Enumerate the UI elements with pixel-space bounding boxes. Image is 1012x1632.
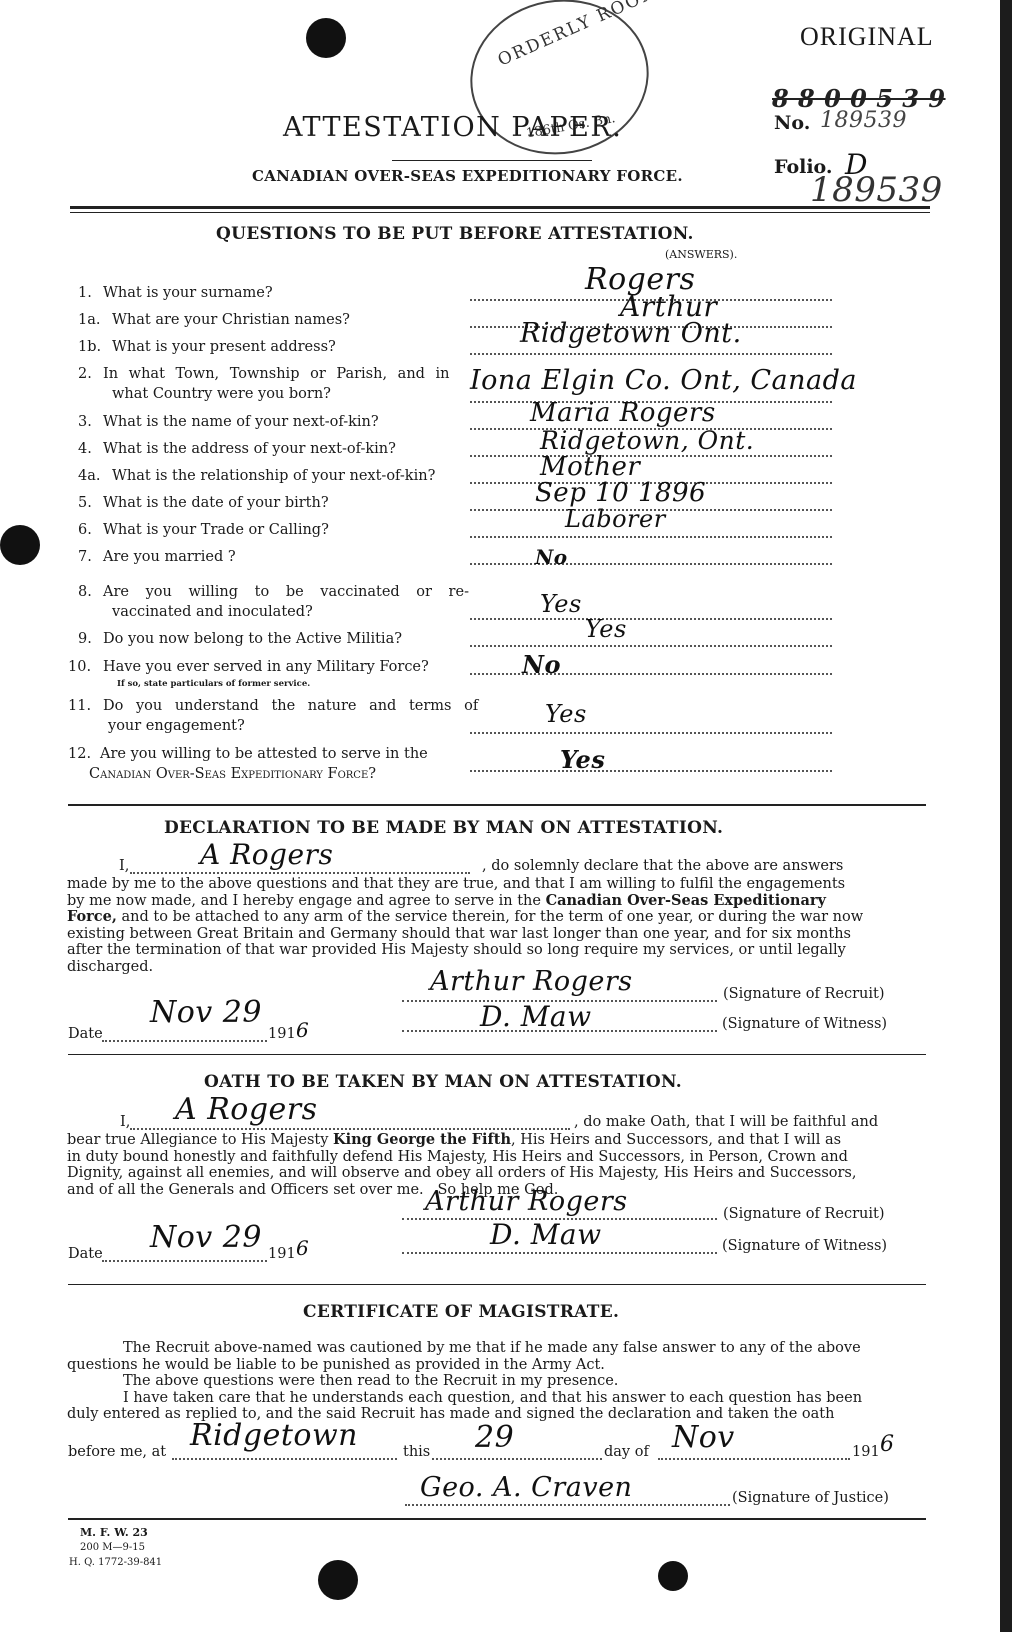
orderly-room-stamp: ORDERLY ROOM 186th Os. Bn. [458,0,661,168]
justice-signature[interactable]: Geo. A. Craven [420,1472,632,1503]
year-prefix: 191 [852,1444,880,1460]
certificate-line: The above questions were then read to th… [67,1373,927,1390]
folio-number: 189539 [810,170,943,210]
oath-recruit-signature[interactable]: Arthur Rogers [425,1186,628,1217]
place-line [172,1458,397,1460]
certificate-month[interactable]: Nov [672,1420,735,1455]
date-line [102,1040,267,1042]
certificate-line: I have taken care that he understands ea… [67,1390,927,1407]
question-text-cont: your engagement? [108,718,245,734]
year-prefix: 191 [268,1246,296,1262]
certificate-body: The Recruit above-named was cautioned by… [67,1340,927,1423]
question-text: What is the relationship of your next-of… [112,468,435,484]
oath-line: bear true Allegiance to His Majesty King… [67,1132,927,1149]
print-run: 200 M—9-15 [80,1542,145,1553]
month-line [658,1458,850,1460]
answer-line [470,353,832,355]
answer-line [470,645,832,647]
answer-vaccinated[interactable]: Yes [540,590,582,618]
year-suffix[interactable]: 6 [296,1018,309,1042]
questions-heading: QUESTIONS TO BE PUT BEFORE ATTESTATION. [216,224,694,244]
question-number: 6. [78,522,92,538]
question-text: What is the name of your next-of-kin? [103,414,379,430]
recruit-signature-label: (Signature of Recruit) [723,1206,885,1222]
date-line [102,1260,267,1262]
oath-date[interactable]: Nov 29 [150,1220,262,1255]
justice-signature-label: (Signature of Justice) [732,1490,889,1506]
number-label: No. [774,112,810,134]
day-of-label: day of [604,1444,649,1460]
answer-line [470,536,832,538]
document-subtitle: CANADIAN OVER-SEAS EXPEDITIONARY FORCE. [252,167,683,185]
header-double-rule [70,206,930,209]
declaration-i-label: I, [119,858,129,874]
certificate-place[interactable]: Ridgetown [190,1418,358,1453]
oath-heading: OATH TO BE TAKEN BY MAN ON ATTESTATION. [204,1072,682,1092]
question-text: Do you understand the nature and terms o… [103,698,478,714]
date-label: Date [68,1246,103,1262]
oath-witness-signature[interactable]: D. Maw [490,1218,602,1251]
question-number: 5. [78,495,92,511]
question-text: What are your Christian names? [112,312,350,328]
declaration-line: Force, and to be attached to any arm of … [67,909,927,926]
punch-hole [306,18,346,58]
question-number: 8. [78,584,92,600]
certificate-line: questions he would be liable to be punis… [67,1357,927,1374]
justice-signature-line [405,1504,730,1506]
regimental-number: 189539 [820,108,907,133]
witness-signature-label: (Signature of Witness) [722,1016,887,1032]
certificate-day[interactable]: 29 [475,1420,514,1455]
question-text-cont: vaccinated and inoculated? [112,604,313,620]
declaration-recruit-signature[interactable]: Arthur Rogers [430,966,633,997]
answer-line [470,455,832,457]
declaration-bold: Canadian Over-Seas Expeditionary [546,892,826,909]
punch-hole [0,525,40,565]
question-number: 4. [78,441,92,457]
question-number: 3. [78,414,92,430]
answer-line [470,618,832,620]
question-note: If so, state particulars of former servi… [117,679,310,689]
answer-understand-terms[interactable]: Yes [545,700,587,728]
answer-line [470,732,832,734]
question-text: What is your present address? [112,339,336,355]
question-number: 11. [68,698,91,714]
question-number: 9. [78,631,92,647]
section-divider [68,804,926,806]
date-label: Date [68,1026,103,1042]
declaration-body: made by me to the above questions and th… [67,876,927,975]
question-number: 4a. [78,468,100,484]
declaration-witness-signature[interactable]: D. Maw [480,1000,592,1033]
answer-military-service[interactable]: No [522,650,561,679]
declaration-bold: Force, [67,908,117,925]
oath-text: , do make Oath, that I will be faithful … [574,1114,878,1130]
answer-next-of-kin-name[interactable]: Maria Rogers [530,398,716,428]
oath-line: in duty bound honestly and faithfully de… [67,1149,927,1166]
oath-i-label: I, [120,1114,130,1130]
answer-birth-date[interactable]: Sep 10 1896 [535,478,706,508]
answer-married[interactable]: No [535,545,568,569]
punch-hole [658,1561,688,1591]
question-text: Are you willing to be vaccinated or re- [103,584,469,600]
scan-edge [1000,0,1012,1632]
question-number: 2. [78,366,92,382]
witness-signature-line [402,1252,717,1254]
recruit-signature-label: (Signature of Recruit) [723,986,885,1002]
declaration-line: by me now made, and I hereby engage and … [67,893,927,910]
answer-line [470,770,832,772]
question-number: 1b. [78,339,101,355]
question-number: 10. [68,659,91,675]
answer-birthplace[interactable]: Iona Elgin Co. Ont, Canada [470,365,857,396]
original-stamp: ORIGINAL [800,22,934,52]
question-text: What is your surname? [103,285,273,301]
declaration-name-line [130,872,470,874]
declaration-text: and to be attached to any arm of the ser… [122,909,864,925]
question-text-cont: Canadian Over-Seas Expeditionary Force? [89,766,376,782]
answer-next-of-kin-address[interactable]: Ridgetown, Ont. [540,426,754,455]
certificate-heading: CERTIFICATE OF MAGISTRATE. [303,1302,619,1322]
header-double-rule [70,212,930,213]
witness-signature-label: (Signature of Witness) [722,1238,887,1254]
question-text: What is the address of your next-of-kin? [103,441,396,457]
section-divider [68,1518,926,1520]
question-text: Are you married ? [103,549,236,565]
title-underline [392,160,592,161]
answer-present-address[interactable]: Ridgetown Ont. [520,318,742,349]
answer-willing-attested[interactable]: Yes [560,745,605,774]
question-text-cont: what Country were you born? [112,386,331,402]
oath-name[interactable]: A Rogers [175,1092,318,1127]
this-label: this [403,1444,430,1460]
declaration-name[interactable]: A Rogers [200,838,333,871]
question-text: What is the date of your birth? [103,495,329,511]
answer-trade[interactable]: Laborer [565,505,666,533]
declaration-line: made by me to the above questions and th… [67,876,927,893]
answer-line [470,563,832,565]
oath-line: Dignity, against all enemies, and will o… [67,1165,927,1182]
answer-active-militia[interactable]: Yes [585,615,627,643]
question-text: Have you ever served in any Military For… [103,659,429,675]
punch-hole [318,1560,358,1600]
document-title: ATTESTATION PAPER. [283,112,622,143]
answers-label: (ANSWERS). [665,248,737,261]
before-me-label: before me, at [68,1444,166,1460]
question-text: Are you willing to be attested to serve … [100,746,428,762]
question-number: 1a. [78,312,100,328]
oath-name-line [130,1128,570,1130]
year-prefix: 191 [268,1026,296,1042]
section-divider [68,1054,926,1055]
declaration-text: by me now made, and I hereby engage and … [67,893,541,909]
declaration-date[interactable]: Nov 29 [150,995,262,1030]
stamp-text: ORDERLY ROOM [495,0,663,71]
certificate-line: The Recruit above-named was cautioned by… [67,1340,927,1357]
hq-code: H. Q. 1772-39-841 [69,1557,162,1568]
declaration-line: existing between Great Britain and Germa… [67,926,927,943]
oath-text: bear true Allegiance to His Majesty [67,1132,328,1148]
year-suffix[interactable]: 6 [880,1432,895,1457]
oath-text: , His Heirs and Successors, and that I w… [511,1132,841,1148]
question-text: What is your Trade or Calling? [103,522,329,538]
question-number: 7. [78,549,92,565]
day-line [432,1458,602,1460]
form-code: M. F. W. 23 [80,1526,148,1539]
question-text: Do you now belong to the Active Militia? [103,631,402,647]
question-text: In what Town, Township or Parish, and in [103,366,450,382]
question-number: 1. [78,285,92,301]
year-suffix[interactable]: 6 [296,1236,309,1260]
question-number: 12. [68,746,91,762]
declaration-line: after the termination of that war provid… [67,942,927,959]
oath-bold: King George the Fifth [333,1131,511,1148]
declaration-heading: DECLARATION TO BE MADE BY MAN ON ATTESTA… [164,818,723,838]
section-divider [68,1284,926,1285]
declaration-text: , do solemnly declare that the above are… [482,858,843,874]
